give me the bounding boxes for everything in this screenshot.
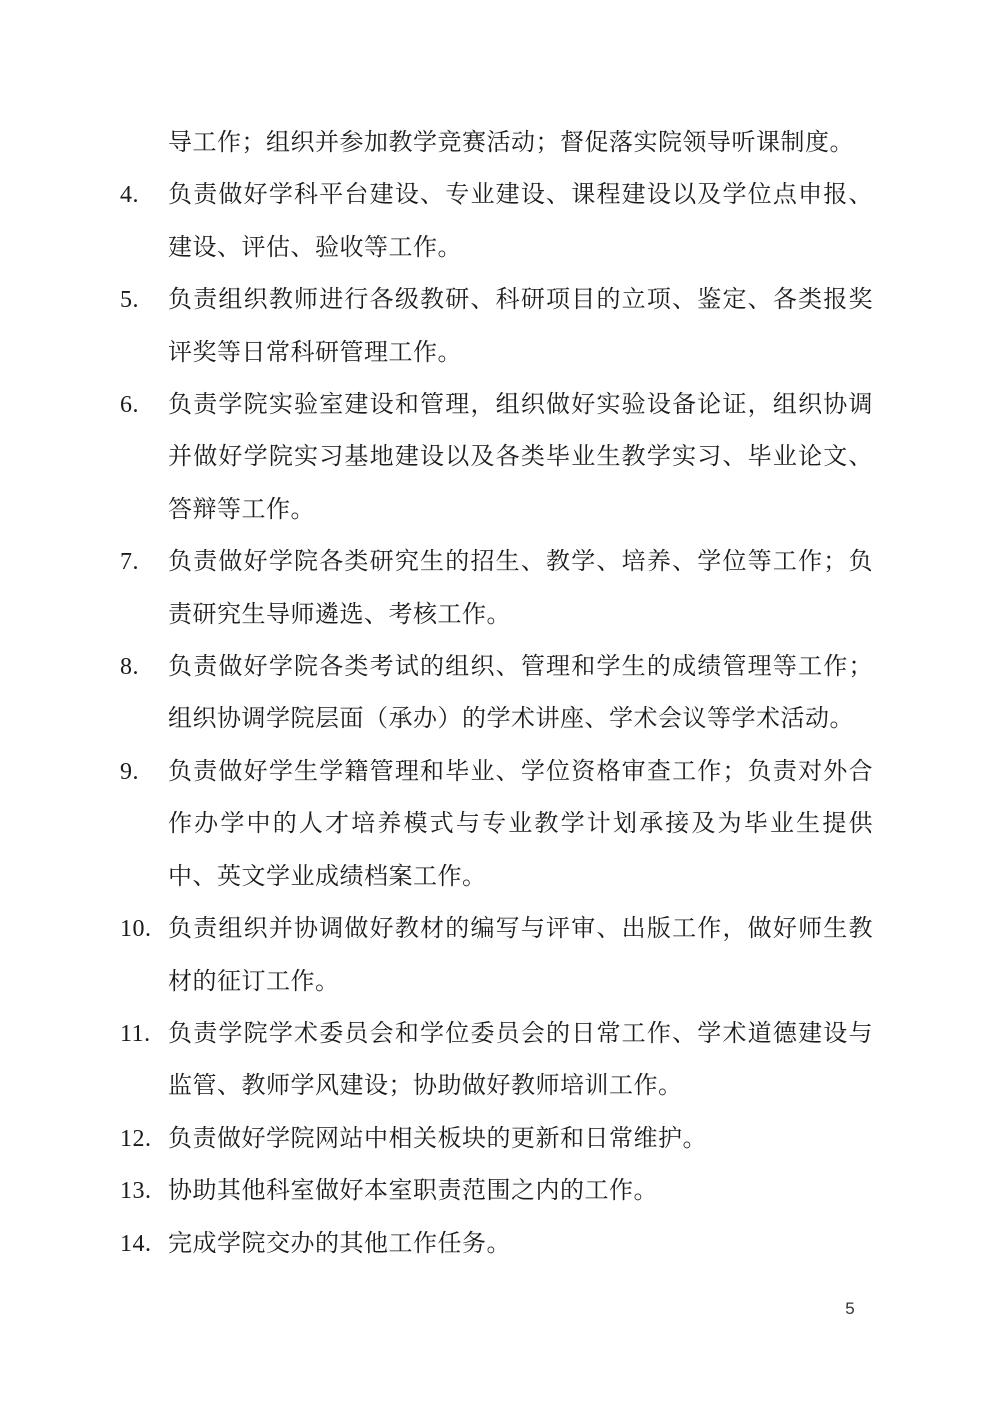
list-item-text: 负责做好学生学籍管理和毕业、学位资格审查工作；负责对外合作办学中的人才培养模式与… bbox=[168, 746, 873, 903]
list-item-12: 12. 负责做好学院网站中相关板块的更新和日常维护。 bbox=[120, 1113, 873, 1165]
list-item-9: 9. 负责做好学生学籍管理和毕业、学位资格审查工作；负责对外合作办学中的人才培养… bbox=[120, 746, 873, 903]
list-item-14: 14. 完成学院交办的其他工作任务。 bbox=[120, 1218, 873, 1270]
list-item-text: 协助其他科室做好本室职责范围之内的工作。 bbox=[168, 1165, 873, 1217]
list-item-7: 7. 负责做好学院各类研究生的招生、教学、培养、学位等工作；负责研究生导师遴选、… bbox=[120, 536, 873, 641]
list-item-text: 负责做好学科平台建设、专业建设、课程建设以及学位点申报、建设、评估、验收等工作。 bbox=[168, 169, 873, 274]
document-body: 导工作；组织并参加教学竞赛活动；督促落实院领导听课制度。 4. 负责做好学科平台… bbox=[120, 117, 873, 1270]
list-item-number: 12. bbox=[120, 1113, 168, 1165]
list-item-text: 负责做好学院各类研究生的招生、教学、培养、学位等工作；负责研究生导师遴选、考核工… bbox=[168, 536, 873, 641]
list-item-text: 负责做好学院各类考试的组织、管理和学生的成绩管理等工作；组织协调学院层面（承办）… bbox=[168, 641, 873, 746]
list-item-text: 负责学院实验室建设和管理，组织做好实验设备论证，组织协调并做好学院实习基地建设以… bbox=[168, 379, 873, 536]
paragraph-continuation: 导工作；组织并参加教学竞赛活动；督促落实院领导听课制度。 bbox=[168, 117, 873, 169]
list-item-number: 8. bbox=[120, 641, 168, 693]
page-number: 5 bbox=[840, 1296, 860, 1322]
list-item-number: 10. bbox=[120, 903, 168, 955]
list-item-text: 负责组织并协调做好教材的编写与评审、出版工作，做好师生教材的征订工作。 bbox=[168, 903, 873, 1008]
list-item-text: 负责组织教师进行各级教研、科研项目的立项、鉴定、各类报奖评奖等日常科研管理工作。 bbox=[168, 274, 873, 379]
list-item-text: 完成学院交办的其他工作任务。 bbox=[168, 1218, 873, 1270]
list-item-11: 11. 负责学院学术委员会和学位委员会的日常工作、学术道德建设与监管、教师学风建… bbox=[120, 1008, 873, 1113]
document-page: 导工作；组织并参加教学竞赛活动；督促落实院领导听课制度。 4. 负责做好学科平台… bbox=[0, 0, 992, 1403]
list-item-number: 11. bbox=[120, 1008, 168, 1060]
list-item-number: 13. bbox=[120, 1165, 168, 1217]
list-item-number: 4. bbox=[120, 169, 168, 221]
list-item-13: 13. 协助其他科室做好本室职责范围之内的工作。 bbox=[120, 1165, 873, 1217]
list-item-8: 8. 负责做好学院各类考试的组织、管理和学生的成绩管理等工作；组织协调学院层面（… bbox=[120, 641, 873, 746]
list-item-number: 5. bbox=[120, 274, 168, 326]
list-item-4: 4. 负责做好学科平台建设、专业建设、课程建设以及学位点申报、建设、评估、验收等… bbox=[120, 169, 873, 274]
list-item-number: 14. bbox=[120, 1218, 168, 1270]
list-item-5: 5. 负责组织教师进行各级教研、科研项目的立项、鉴定、各类报奖评奖等日常科研管理… bbox=[120, 274, 873, 379]
list-item-text: 负责做好学院网站中相关板块的更新和日常维护。 bbox=[168, 1113, 873, 1165]
list-item-6: 6. 负责学院实验室建设和管理，组织做好实验设备论证，组织协调并做好学院实习基地… bbox=[120, 379, 873, 536]
list-item-number: 9. bbox=[120, 746, 168, 798]
list-item-number: 6. bbox=[120, 379, 168, 431]
list-item-10: 10. 负责组织并协调做好教材的编写与评审、出版工作，做好师生教材的征订工作。 bbox=[120, 903, 873, 1008]
list-item-number: 7. bbox=[120, 536, 168, 588]
list-item-text: 负责学院学术委员会和学位委员会的日常工作、学术道德建设与监管、教师学风建设；协助… bbox=[168, 1008, 873, 1113]
